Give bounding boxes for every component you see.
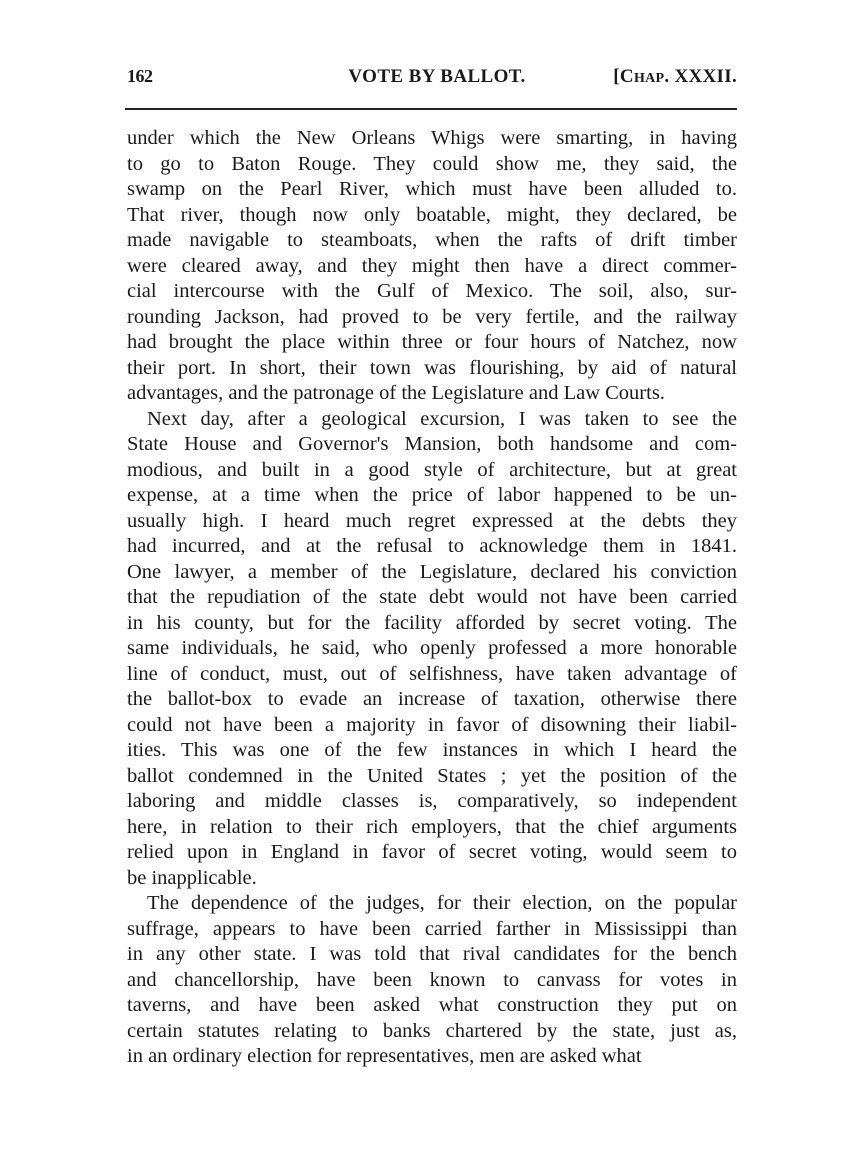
- text-line: certain statutes relating to banks chart…: [127, 1019, 737, 1045]
- text-line: in his county, but for the facility affo…: [127, 611, 737, 637]
- chapter-reference: [CHAP. XXXII.: [613, 66, 737, 88]
- text-line: taverns, and have been asked what constr…: [127, 993, 737, 1019]
- text-line: ities. This was one of the few instances…: [127, 738, 737, 764]
- text-line: be inapplicable.: [127, 866, 737, 892]
- text-line: That river, though now only boatable, mi…: [127, 203, 737, 229]
- text-line: and chancellorship, have been known to c…: [127, 968, 737, 994]
- text-line: expense, at a time when the price of lab…: [127, 483, 737, 509]
- text-line: had incurred, and at the refusal to ackn…: [127, 534, 737, 560]
- text-line: same individuals, he said, who openly pr…: [127, 636, 737, 662]
- text-line: ballot condemned in the United States ; …: [127, 764, 737, 790]
- text-line: that the repudiation of the state debt w…: [127, 585, 737, 611]
- chapter-ref-smallcaps: HAP: [634, 71, 664, 86]
- text-line: the ballot-box to evade an increase of t…: [127, 687, 737, 713]
- body-text: under which the New Orleans Whigs were s…: [127, 126, 737, 1070]
- text-line: rounding Jackson, had proved to be very …: [127, 305, 737, 331]
- text-line: their port. In short, their town was flo…: [127, 356, 737, 382]
- chapter-ref-prefix: [C: [613, 66, 634, 87]
- text-line: The dependence of the judges, for their …: [127, 891, 737, 917]
- text-line: suffrage, appears to have been carried f…: [127, 917, 737, 943]
- text-line: usually high. I heard much regret expres…: [127, 509, 737, 535]
- text-line: State House and Governor's Mansion, both…: [127, 432, 737, 458]
- text-line: relied upon in England in favor of secre…: [127, 840, 737, 866]
- text-line: One lawyer, a member of the Legislature,…: [127, 560, 737, 586]
- paragraph: under which the New Orleans Whigs were s…: [127, 126, 737, 407]
- chapter-ref-suffix: . XXXII.: [664, 66, 737, 87]
- text-line: line of conduct, must, out of selfishnes…: [127, 662, 737, 688]
- book-page: 162 VOTE BY BALLOT. [CHAP. XXXII. under …: [0, 0, 850, 1150]
- text-line: advantages, and the patronage of the Leg…: [127, 381, 737, 407]
- running-head: 162 VOTE BY BALLOT. [CHAP. XXXII.: [127, 66, 737, 92]
- paragraph: Next day, after a geological excursion, …: [127, 407, 737, 892]
- text-line: Next day, after a geological excursion, …: [127, 407, 737, 433]
- paragraph: The dependence of the judges, for their …: [127, 891, 737, 1070]
- text-line: made navigable to steamboats, when the r…: [127, 228, 737, 254]
- text-line: here, in relation to their rich employer…: [127, 815, 737, 841]
- text-line: cial intercourse with the Gulf of Mexico…: [127, 279, 737, 305]
- text-line: to go to Baton Rouge. They could show me…: [127, 152, 737, 178]
- text-line: in any other state. I was told that riva…: [127, 942, 737, 968]
- text-line: under which the New Orleans Whigs were s…: [127, 126, 737, 152]
- text-line: in an ordinary election for representati…: [127, 1044, 737, 1070]
- text-line: laboring and middle classes is, comparat…: [127, 789, 737, 815]
- header-rule-divider: [125, 108, 737, 110]
- text-line: were cleared away, and they might then h…: [127, 254, 737, 280]
- text-line: had brought the place within three or fo…: [127, 330, 737, 356]
- text-line: modious, and built in a good style of ar…: [127, 458, 737, 484]
- text-line: swamp on the Pearl River, which must hav…: [127, 177, 737, 203]
- text-line: could not have been a majority in favor …: [127, 713, 737, 739]
